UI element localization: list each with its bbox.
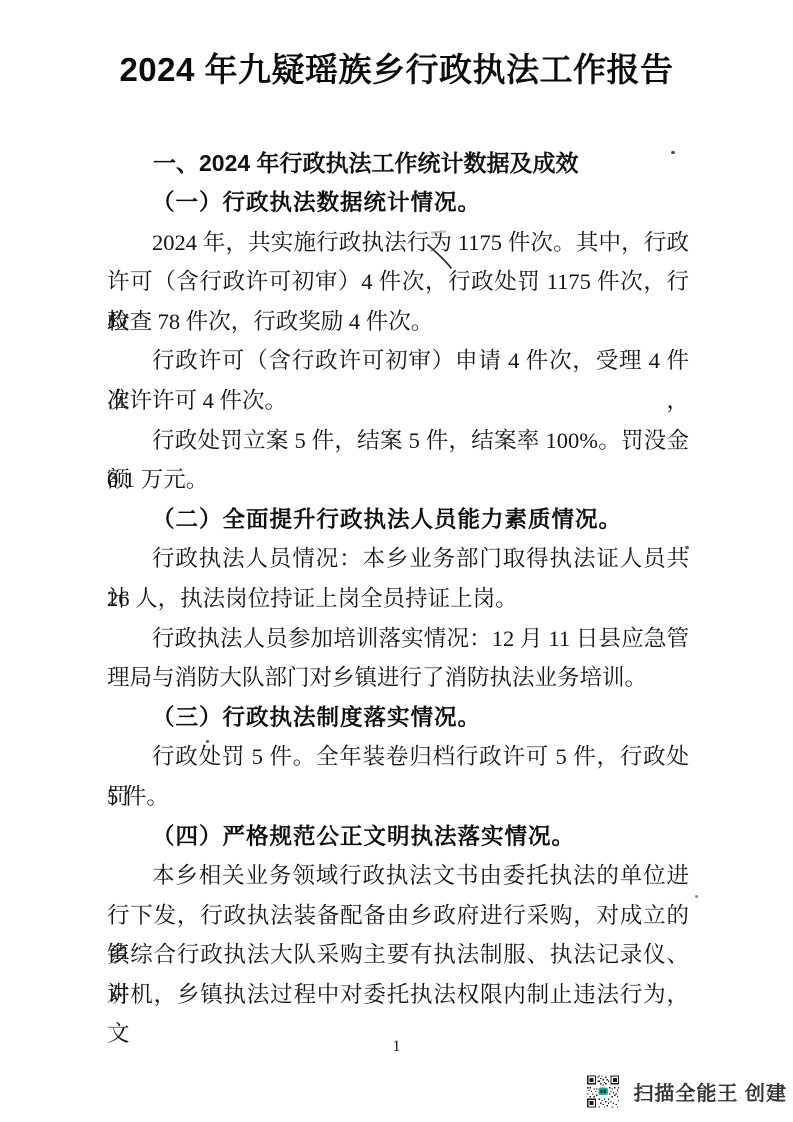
body-line: 2024 年，共实施行政执法行为 1175 件次。其中，行政: [107, 223, 689, 263]
subheading-2: （二）全面提升行政执法人员能力素质情况。: [107, 500, 689, 540]
qr-code-icon: [587, 1072, 619, 1111]
subheading-3: （三）行政执法制度落实情况。: [107, 698, 689, 738]
body-line: 镇综合行政执法大队采购主要有执法制服、执法记录仪、对: [107, 935, 689, 975]
scan-artifact: [685, 546, 689, 549]
scan-artifact: [695, 895, 698, 898]
body-line: 许可（含行政许可初审）4 件次，行政处罚 1175 件次，行政: [107, 262, 689, 302]
scan-artifact: [671, 151, 675, 154]
page-number: 1: [0, 1038, 793, 1056]
body-line: 行政执法人员参加培训落实情况：12 月 11 日县应急管: [107, 619, 689, 659]
section-heading: 一、2024 年行政执法工作统计数据及成效: [153, 148, 579, 178]
document-title: 2024 年九疑瑶族乡行政执法工作报告: [0, 49, 793, 91]
body-line: 理局与消防大队部门对乡镇进行了消防执法业务培训。: [107, 658, 689, 698]
subheading-1: （一）行政执法数据统计情况。: [107, 183, 689, 223]
scan-artifact: [206, 740, 209, 743]
body-line: 本乡相关业务领域行政执法文书由委托执法的单位进: [107, 856, 689, 896]
body-line: 0.1 万元。: [107, 460, 689, 500]
scanned-document-page: 2024 年九疑瑶族乡行政执法工作报告 一、2024 年行政执法工作统计数据及成…: [0, 0, 793, 1122]
subheading-4: （四）严格规范公正文明执法落实情况。: [107, 817, 689, 857]
body-line: 行政处罚立案 5 件，结案 5 件，结案率 100%。罚没金额: [107, 421, 689, 461]
body-line: 行政处罚 5 件。全年装卷归档行政许可 5 件，行政处罚: [107, 737, 689, 777]
document-body: （一）行政执法数据统计情况。 2024 年，共实施行政执法行为 1175 件次。…: [107, 183, 689, 1014]
watermark-label: 扫描全能王 创建: [633, 1077, 787, 1106]
body-line: 检查 78 件次，行政奖励 4 件次。: [107, 302, 689, 342]
body-line: 5 件。: [107, 777, 689, 817]
body-line: 讲机，乡镇执法过程中对委托执法权限内制止违法行为，文: [107, 975, 689, 1015]
body-line: 26 人，执法岗位持证上岗全员持证上岗。: [107, 579, 689, 619]
body-line: 行政执法人员情况：本乡业务部门取得执法证人员共计: [107, 539, 689, 579]
body-line: 行政许可（含行政许可初审）申请 4 件次，受理 4 件次，: [107, 341, 689, 381]
body-line: 行下发，行政执法装备配备由乡政府进行采购，对成立的乡: [107, 896, 689, 936]
camscanner-watermark: 扫描全能王 创建: [587, 1070, 787, 1112]
